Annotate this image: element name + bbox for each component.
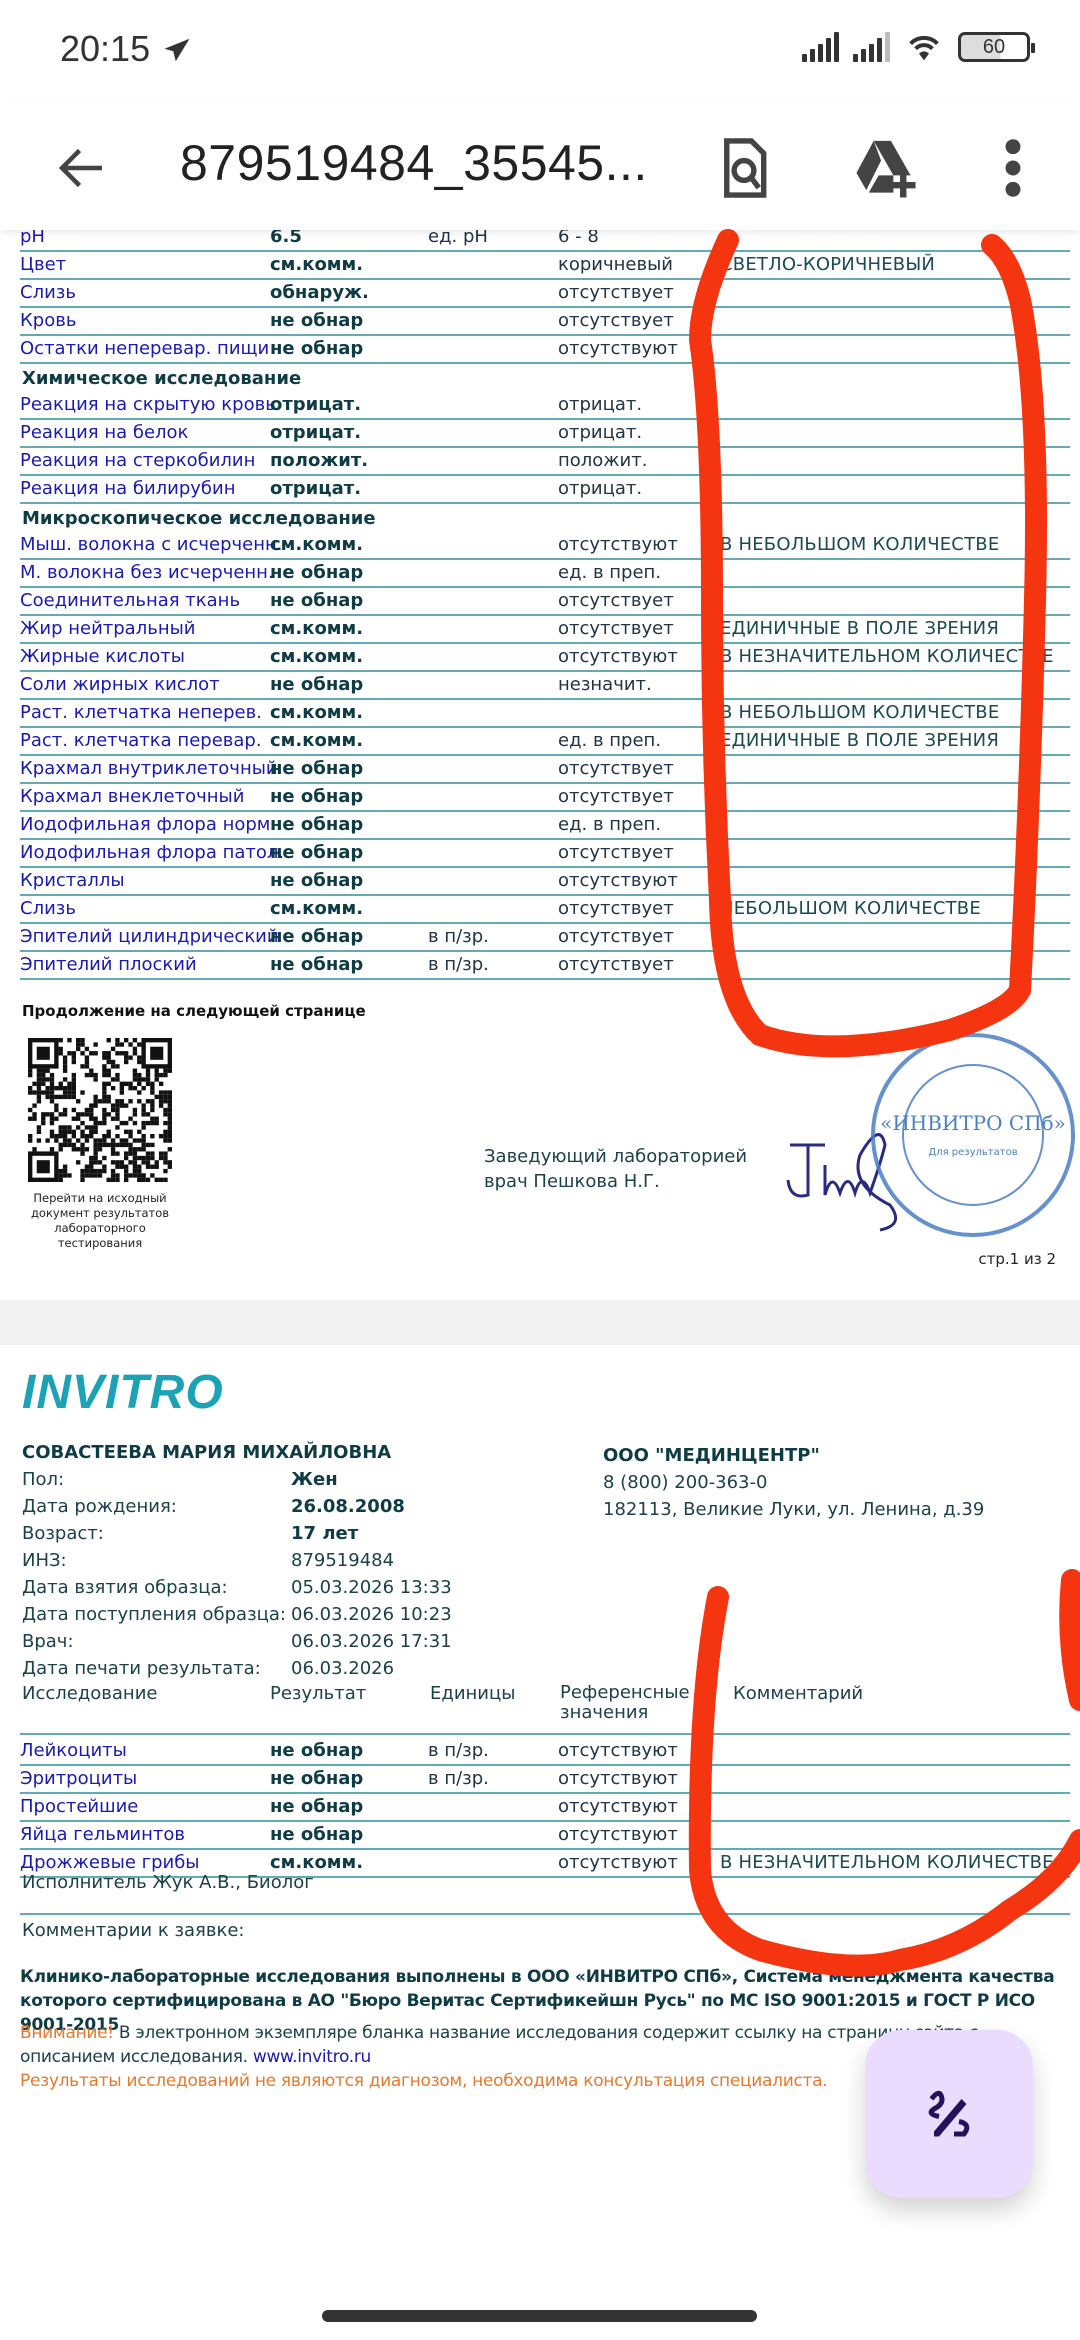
table-row: Крахмал внутриклеточныйне обнаротсутству… <box>20 756 1070 784</box>
reference-value: отсутствуют <box>558 1852 678 1873</box>
telegram-icon <box>160 35 194 65</box>
comment: ЕДИНИЧНЫЕ В ПОЛЕ ЗРЕНИЯ <box>720 730 999 751</box>
reference-value: отсутствуют <box>558 534 678 555</box>
document-title: 879519484_35545... <box>180 134 648 192</box>
result-value: не обнар <box>270 338 363 359</box>
table-row: Реакция на стеркобилинположит.положит. <box>20 448 1070 476</box>
test-name[interactable]: Соединительная ткань <box>20 590 240 611</box>
status-bar: 20:15 60 <box>0 0 1080 100</box>
test-name[interactable]: Эпителий цилиндрический <box>20 926 279 947</box>
table-row: Остатки неперевар. пищине обнаротсутству… <box>20 336 1070 364</box>
info-label: Дата печати результата: <box>22 1658 261 1679</box>
table-row: Яйца гельминтовне обнаротсутствуют <box>20 1822 1070 1850</box>
result-value: не обнар <box>270 786 363 807</box>
reference-value: отсутствует <box>558 786 674 807</box>
reference-value: отсутствуют <box>558 1768 678 1789</box>
info-label: Возраст: <box>22 1523 104 1544</box>
comment: ЕДИНИЧНЫЕ В ПОЛЕ ЗРЕНИЯ <box>720 618 999 639</box>
table-row: Иодофильная флора патол.не обнаротсутств… <box>20 840 1070 868</box>
save-to-drive-icon[interactable] <box>850 136 922 200</box>
result-value: положит. <box>270 450 368 471</box>
test-name[interactable]: Лейкоциты <box>20 1740 127 1761</box>
more-options-icon[interactable] <box>995 136 1031 200</box>
reference-value: коричневый <box>558 254 673 275</box>
reference-value: отсутствует <box>558 618 674 639</box>
result-value: см.комм. <box>270 646 363 667</box>
result-value: см.комм. <box>270 1852 363 1873</box>
test-name[interactable]: М. волокна без исчерченн. <box>20 562 274 583</box>
result-value: не обнар <box>270 590 363 611</box>
reference-value: отсутствуют <box>558 1796 678 1817</box>
test-name[interactable]: Раст. клетчатка неперев. <box>20 702 262 723</box>
table-row: М. волокна без исчерченн.не обнаред. в п… <box>20 560 1070 588</box>
page-number: стр.1 из 2 <box>978 1250 1056 1268</box>
table-row: Соли жирных кислотне обнарнезначит. <box>20 672 1070 700</box>
status-icons: 60 <box>802 30 1030 64</box>
result-value: не обнар <box>270 842 363 863</box>
test-name[interactable]: Соли жирных кислот <box>20 674 220 695</box>
table-header: Исследование Результат Единицы Референсн… <box>20 1683 1070 1735</box>
qr-caption: Перейти на исходный документ результатов… <box>20 1191 180 1251</box>
gesture-nav-bar[interactable] <box>322 2310 757 2322</box>
reference-value: ед. в преп. <box>558 730 661 751</box>
unit: в п/зр. <box>428 1768 489 1789</box>
battery-icon: 60 <box>958 32 1030 62</box>
unit: в п/зр. <box>428 926 489 947</box>
table-row: Жир нейтральныйсм.комм.отсутствуетЕДИНИЧ… <box>20 616 1070 644</box>
unit: в п/зр. <box>428 954 489 975</box>
result-value: см.комм. <box>270 730 363 751</box>
test-name[interactable]: Раст. клетчатка перевар. <box>20 730 262 751</box>
result-value: не обнар <box>270 926 363 947</box>
reference-value: отсутствуют <box>558 646 678 667</box>
table-row: Раст. клетчатка неперев.см.комм.В НЕБОЛЬ… <box>20 700 1070 728</box>
table-row: Кровьне обнаротсутствует <box>20 308 1070 336</box>
back-arrow-icon[interactable] <box>52 138 112 198</box>
result-value: не обнар <box>270 1824 363 1845</box>
reference-value: отсутствует <box>558 842 674 863</box>
comments-label: Комментарии к заявке: <box>22 1920 245 1941</box>
reference-value: отсутствуют <box>558 1824 678 1845</box>
table-row: Лейкоцитыне обнарв п/зр.отсутствуют <box>20 1738 1070 1766</box>
reference-value: отсутствует <box>558 282 674 303</box>
result-value: не обнар <box>270 1740 363 1761</box>
signer-block: Заведующий лабораторией врач Пешкова Н.Г… <box>484 1144 747 1194</box>
reference-value: ед. в преп. <box>558 814 661 835</box>
test-name[interactable]: Реакция на белок <box>20 422 188 443</box>
table-row: Цветсм.комм.коричневыйСВЕТЛО-КОРИЧНЕВЫЙ <box>20 252 1070 280</box>
test-name[interactable]: Кровь <box>20 310 76 331</box>
test-name[interactable]: Остатки неперевар. пищи <box>20 338 269 359</box>
test-name[interactable]: Слизь <box>20 898 76 919</box>
table-row: Жирные кислотысм.комм.отсутствуютВ НЕЗНА… <box>20 644 1070 672</box>
info-label: ИНЗ: <box>22 1550 67 1571</box>
result-value: не обнар <box>270 674 363 695</box>
lab-stamp: «ИНВИТРО СПб» Для результатов <box>868 1030 1078 1240</box>
test-name[interactable]: Реакция на скрытую кровь <box>20 394 276 415</box>
test-name[interactable]: Простейшие <box>20 1796 138 1817</box>
table-row: Эпителий цилиндрическийне обнарв п/зр.от… <box>20 924 1070 952</box>
section-chemical: Химическое исследование <box>22 368 301 389</box>
table-row: Слизьобнаруж.отсутствует <box>20 280 1070 308</box>
org-info: ООО "МЕДИНЦЕНТР" 8 (800) 200-363-0 18211… <box>603 1442 984 1523</box>
test-name[interactable]: Кристаллы <box>20 870 125 891</box>
qr-code[interactable] <box>28 1038 172 1182</box>
test-name[interactable]: Дрожжевые грибы <box>20 1852 200 1873</box>
reference-value: отсутствует <box>558 758 674 779</box>
result-value: не обнар <box>270 310 363 331</box>
svg-text:Для результатов: Для результатов <box>928 1147 1017 1158</box>
info-value: 26.08.2008 <box>291 1496 405 1517</box>
result-value: см.комм. <box>270 898 363 919</box>
status-time: 20:15 <box>60 28 194 70</box>
table-row: Мыш. волокна с исчерченн.см.комм.отсутст… <box>20 532 1070 560</box>
table-row: Слизьсм.комм.отсутствуетНЕБОЛЬШОМ КОЛИЧЕ… <box>20 896 1070 924</box>
invitro-logo: INVITRO <box>22 1365 224 1420</box>
table-row: Эритроцитыне обнарв п/зр.отсутствуют <box>20 1766 1070 1794</box>
section-microscopic: Микроскопическое исследование <box>22 508 376 529</box>
result-value: отрицат. <box>270 422 361 443</box>
app-bar: 879519484_35545... <box>0 100 1080 230</box>
test-name[interactable]: Реакция на стеркобилин <box>20 450 255 471</box>
test-name[interactable]: Мыш. волокна с исчерченн. <box>20 534 283 555</box>
svg-text:«ИНВИТРО СПб»: «ИНВИТРО СПб» <box>880 1111 1066 1135</box>
result-value: не обнар <box>270 870 363 891</box>
signal-1-icon <box>802 32 839 62</box>
table-row: Реакция на скрытую кровьотрицат.отрицат. <box>20 392 1070 420</box>
result-value: отрицат. <box>270 394 361 415</box>
comment: В НЕБОЛЬШОМ КОЛИЧЕСТВЕ <box>720 534 999 555</box>
wifi-icon <box>904 30 944 64</box>
result-value: не обнар <box>270 954 363 975</box>
reference-value: отсутствует <box>558 590 674 611</box>
result-value: не обнар <box>270 562 363 583</box>
test-name[interactable]: Цвет <box>20 254 66 275</box>
result-value: отрицат. <box>270 478 361 499</box>
reference-value: отрицат. <box>558 394 642 415</box>
reference-value: отсутствует <box>558 926 674 947</box>
test-name[interactable]: Иодофильная флора патол. <box>20 842 284 863</box>
test-name[interactable]: Жирные кислоты <box>20 646 185 667</box>
table-row: Соединительная тканьне обнаротсутствует <box>20 588 1070 616</box>
test-name[interactable]: Эритроциты <box>20 1768 137 1789</box>
result-value: не обнар <box>270 758 363 779</box>
info-label: Дата рождения: <box>22 1496 177 1517</box>
table-row: Раст. клетчатка перевар.см.комм.ед. в пр… <box>20 728 1070 756</box>
test-name[interactable]: Иодофильная флора норм. <box>20 814 276 835</box>
test-name[interactable]: Крахмал внеклеточный <box>20 786 244 807</box>
reference-value: отрицат. <box>558 478 642 499</box>
result-value: см.комм. <box>270 702 363 723</box>
continued-note: Продолжение на следующей странице <box>22 1002 366 1020</box>
info-label: Врач: <box>22 1631 74 1652</box>
reference-value: отсутствуют <box>558 1740 678 1761</box>
comment: В НЕЗНАЧИТЕЛЬНОМ КОЛИЧЕСТВЕ <box>720 1852 1054 1873</box>
info-label: Дата поступления образца: <box>22 1604 286 1625</box>
reference-value: отсутствует <box>558 954 674 975</box>
info-label: Дата взятия образца: <box>22 1577 228 1598</box>
table-row: Реакция на билирубинотрицат.отрицат. <box>20 476 1070 504</box>
website-link[interactable]: www.invitro.ru <box>253 2047 371 2067</box>
comment: СВЕТЛО-КОРИЧНЕВЫЙ <box>720 254 935 275</box>
info-value: 17 лет <box>291 1523 358 1544</box>
test-name[interactable]: Эпителий плоский <box>20 954 197 975</box>
test-name[interactable]: Реакция на билирубин <box>20 478 236 499</box>
annotate-fab[interactable] <box>865 2030 1033 2198</box>
executor: Исполнитель Жук А.В., Биолог <box>22 1872 314 1893</box>
result-value: не обнар <box>270 1796 363 1817</box>
reference-value: ед. в преп. <box>558 562 661 583</box>
info-label: Пол: <box>22 1469 64 1490</box>
reference-value: отрицат. <box>558 422 642 443</box>
table-row: Эпителий плоскийне обнарв п/зр.отсутству… <box>20 952 1070 980</box>
result-value: см.комм. <box>270 534 363 555</box>
reference-value: отсутствует <box>558 898 674 919</box>
info-value: 06.03.2026 <box>291 1658 394 1679</box>
test-name[interactable]: Крахмал внутриклеточный <box>20 758 278 779</box>
draw-pen-icon <box>919 2084 979 2144</box>
test-name[interactable]: Яйца гельминтов <box>20 1824 185 1845</box>
table-row: Кристаллыне обнаротсутствуют <box>20 868 1070 896</box>
info-value: 06.03.2026 17:31 <box>291 1631 452 1652</box>
comment: В НЕЗНАЧИТЕЛЬНОМ КОЛИЧЕСТВЕ <box>720 646 1054 667</box>
info-value: 879519484 <box>291 1550 394 1571</box>
result-value: обнаруж. <box>270 282 369 303</box>
reference-value: незначит. <box>558 674 652 695</box>
document-page-1: pH6.5ед. pH6 - 8Цветсм.комм.коричневыйСВ… <box>0 230 1080 1300</box>
comment: НЕБОЛЬШОМ КОЛИЧЕСТВЕ <box>720 898 981 919</box>
table-row: Крахмал внеклеточныйне обнаротсутствует <box>20 784 1070 812</box>
find-in-document-icon[interactable] <box>714 136 774 200</box>
patient-name: СОВАСТЕЕВА МАРИЯ МИХАЙЛОВНА <box>22 1442 391 1463</box>
signal-2-icon <box>853 32 890 62</box>
reference-value: положит. <box>558 450 647 471</box>
table-row: Иодофильная флора норм.не обнаред. в пре… <box>20 812 1070 840</box>
result-value: не обнар <box>270 1768 363 1789</box>
unit: в п/зр. <box>428 1740 489 1761</box>
test-name[interactable]: Слизь <box>20 282 76 303</box>
reference-value: отсутствует <box>558 310 674 331</box>
table-row: Реакция на белокотрицат.отрицат. <box>20 420 1070 448</box>
table-row: Простейшиене обнаротсутствуют <box>20 1794 1070 1822</box>
reference-value: отсутствуют <box>558 870 678 891</box>
result-value: см.комм. <box>270 618 363 639</box>
info-value: 06.03.2026 10:23 <box>291 1604 452 1625</box>
info-value: Жен <box>291 1469 338 1490</box>
comment: В НЕБОЛЬШОМ КОЛИЧЕСТВЕ <box>720 702 999 723</box>
info-value: 05.03.2026 13:33 <box>291 1577 452 1598</box>
test-name[interactable]: Жир нейтральный <box>20 618 196 639</box>
reference-value: отсутствуют <box>558 338 678 359</box>
result-value: см.комм. <box>270 254 363 275</box>
result-value: не обнар <box>270 814 363 835</box>
